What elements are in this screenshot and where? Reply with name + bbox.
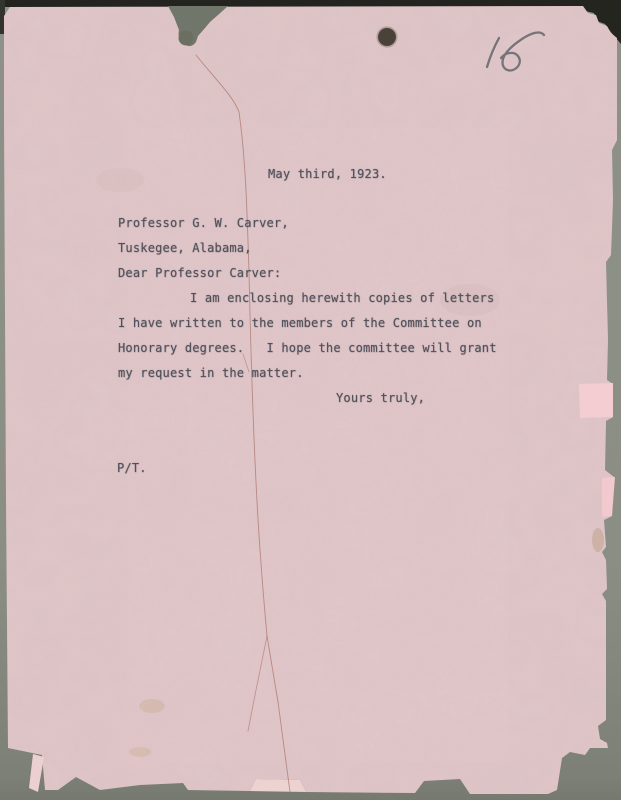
body-line-2: I have written to the members of the Com… — [118, 316, 482, 330]
body-line-1: I am enclosing herewith copies of letter… — [190, 291, 494, 305]
handwritten-page-number: 18 — [480, 28, 560, 78]
date-line: May third, 1923. — [268, 167, 387, 181]
closing-line: Yours truly, — [336, 391, 425, 405]
recipient-line-1: Professor G. W. Carver, — [118, 216, 289, 230]
scan-background: May third, 1923. Professor G. W. Carver,… — [0, 0, 621, 800]
body-line-3: Honorary degrees. I hope the committee w… — [118, 341, 497, 355]
body-line-4: my request in the matter. — [118, 366, 304, 380]
typist-initials: P/T. — [117, 461, 147, 475]
salutation-line: Dear Professor Carver: — [118, 266, 281, 280]
recipient-line-2: Tuskegee, Alabama, — [118, 241, 252, 255]
letter-text-layer: May third, 1923. Professor G. W. Carver,… — [0, 0, 621, 800]
